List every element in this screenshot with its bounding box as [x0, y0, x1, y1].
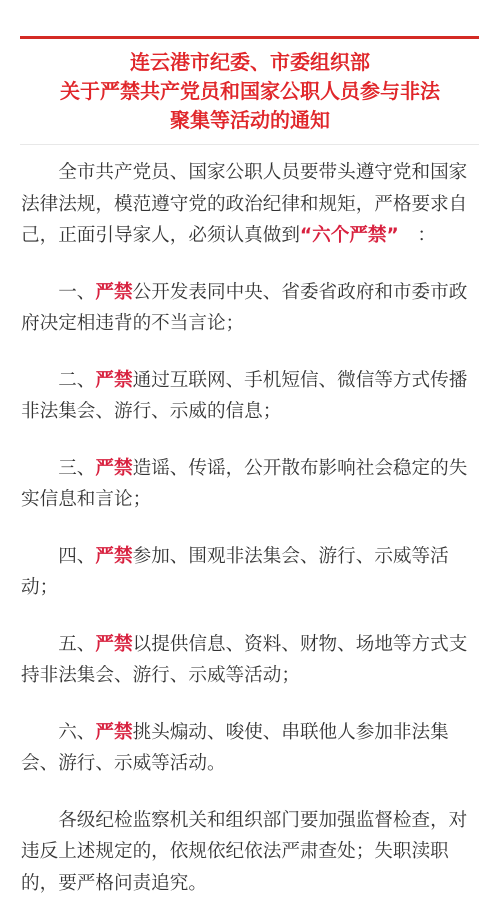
ban-item-number: 三、 — [21, 458, 95, 479]
six-bans-highlight: “六个严禁” — [300, 225, 399, 246]
ban-keyword: 严禁 — [95, 546, 132, 567]
intro-line-3-colon: ： — [399, 225, 436, 246]
title-line-1: 连云港市纪委、市委组织部 — [0, 48, 500, 77]
closing-paragraph: 各级纪检监察机关和组织部门要加强监督检查，对 违反上述规定的，依规依纪依法严肃查… — [21, 805, 481, 900]
ban-item-number: 五、 — [21, 634, 95, 655]
ban-item-2-line-1: 二、严禁通过互联网、手机短信、微信等方式传播 — [21, 365, 481, 397]
ban-item-2-line-2: 非法集会、游行、示威的信息； — [21, 396, 481, 428]
ban-item-number: 四、 — [21, 546, 95, 567]
title-line-3: 聚集等活动的通知 — [0, 106, 500, 135]
ban-item-5-line-2: 持非法集会、游行、示威等活动； — [21, 660, 481, 692]
ban-item-2: 二、严禁通过互联网、手机短信、微信等方式传播 非法集会、游行、示威的信息； — [21, 365, 481, 428]
intro-paragraph: 全市共产党员、国家公职人员要带头遵守党和国家 法律法规，模范遵守党的政治纪律和规… — [21, 157, 481, 252]
ban-item-number: 二、 — [21, 370, 95, 391]
ban-item-text: 通过互联网、手机短信、微信等方式传播 — [133, 370, 468, 391]
closing-line-1: 各级纪检监察机关和组织部门要加强监督检查，对 — [21, 805, 481, 837]
ban-item-1-line-2: 府决定相违背的不当言论； — [21, 308, 481, 340]
ban-item-text: 以提供信息、资料、财物、场地等方式支 — [133, 634, 468, 655]
ban-item-6: 六、严禁挑头煽动、唆使、串联他人参加非法集 会、游行、示威等活动。 — [21, 717, 481, 780]
ban-item-number: 六、 — [21, 722, 95, 743]
ban-item-5: 五、严禁以提供信息、资料、财物、场地等方式支 持非法集会、游行、示威等活动； — [21, 629, 481, 692]
ban-item-text: 参加、围观非法集会、游行、示威等活 — [133, 546, 449, 567]
intro-line-3-text: 己，正面引导家人，必须认真做到 — [21, 225, 300, 246]
notice-title: 连云港市纪委、市委组织部 关于严禁共产党员和国家公职人员参与非法 聚集等活动的通… — [0, 48, 500, 135]
top-red-rule — [20, 36, 479, 39]
ban-item-6-line-2: 会、游行、示威等活动。 — [21, 748, 481, 780]
closing-line-3: 的，要严格问责追究。 — [21, 868, 481, 900]
ban-item-4-line-2: 动； — [21, 572, 481, 604]
ban-item-1-line-1: 一、严禁公开发表同中央、省委省政府和市委市政 — [21, 277, 481, 309]
ban-item-4-line-1: 四、严禁参加、围观非法集会、游行、示威等活 — [21, 541, 481, 573]
closing-line-2: 违反上述规定的，依规依纪依法严肃查处；失职渎职 — [21, 836, 481, 868]
ban-item-1: 一、严禁公开发表同中央、省委省政府和市委市政 府决定相违背的不当言论； — [21, 277, 481, 340]
ban-keyword: 严禁 — [95, 370, 132, 391]
ban-keyword: 严禁 — [95, 634, 132, 655]
ban-item-3: 三、严禁造谣、传谣，公开散布影响社会稳定的失 实信息和言论； — [21, 453, 481, 516]
ban-keyword: 严禁 — [95, 282, 132, 303]
ban-item-3-line-1: 三、严禁造谣、传谣，公开散布影响社会稳定的失 — [21, 453, 481, 485]
title-line-2: 关于严禁共产党员和国家公职人员参与非法 — [0, 77, 500, 106]
intro-line-2: 法律法规，模范遵守党的政治纪律和规矩，严格要求自 — [21, 189, 481, 221]
ban-item-text: 公开发表同中央、省委省政府和市委市政 — [133, 282, 468, 303]
ban-keyword: 严禁 — [95, 458, 132, 479]
ban-item-5-line-1: 五、严禁以提供信息、资料、财物、场地等方式支 — [21, 629, 481, 661]
ban-item-text: 造谣、传谣，公开散布影响社会稳定的失 — [133, 458, 468, 479]
intro-line-1: 全市共产党员、国家公职人员要带头遵守党和国家 — [21, 157, 481, 189]
notice-body: 全市共产党员、国家公职人员要带头遵守党和国家 法律法规，模范遵守党的政治纪律和规… — [21, 157, 481, 922]
ban-keyword: 严禁 — [95, 722, 132, 743]
title-divider — [20, 144, 479, 145]
ban-item-number: 一、 — [21, 282, 95, 303]
ban-item-6-line-1: 六、严禁挑头煽动、唆使、串联他人参加非法集 — [21, 717, 481, 749]
intro-line-3: 己，正面引导家人，必须认真做到“六个严禁” ： — [21, 220, 481, 252]
ban-item-text: 挑头煽动、唆使、串联他人参加非法集 — [133, 722, 449, 743]
ban-item-4: 四、严禁参加、围观非法集会、游行、示威等活 动； — [21, 541, 481, 604]
ban-item-3-line-2: 实信息和言论； — [21, 484, 481, 516]
